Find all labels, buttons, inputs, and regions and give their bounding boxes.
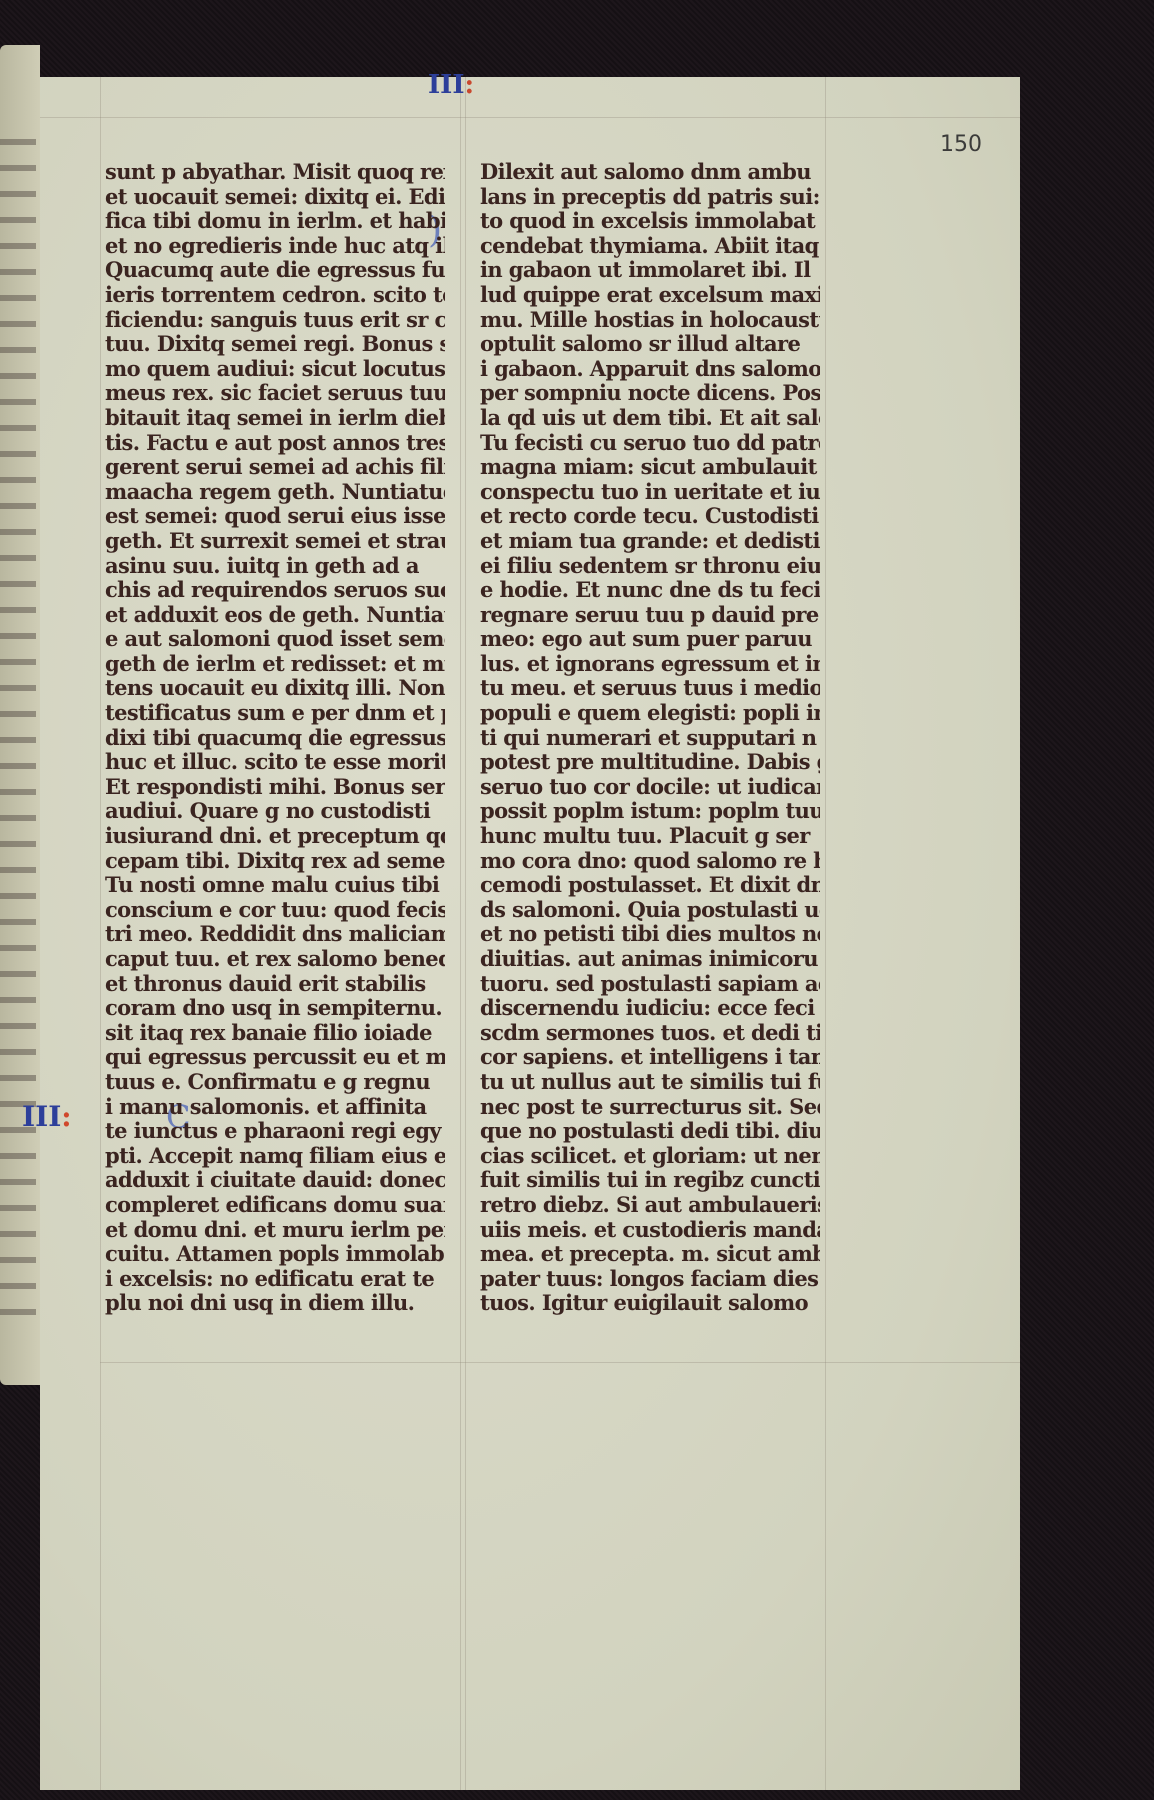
text-line: cias scilicet. et gloriam: ut nemo	[480, 1144, 820, 1169]
chapter-marker: III:	[22, 1100, 72, 1133]
text-column-left: sunt p abyathar. Misit quoq rexet uocaui…	[105, 160, 445, 1316]
text-line: audiui. Quare g no custodisti	[105, 799, 445, 824]
text-column-right: Dilexit aut salomo dnm ambulans in prece…	[480, 160, 820, 1316]
text-line: per sompniu nocte dicens. Postu	[480, 381, 820, 406]
text-line: fica tibi domu in ierlm. et habita ibi.	[105, 209, 445, 234]
text-line: tri meo. Reddidit dns maliciam tua i	[105, 922, 445, 947]
text-line: i manu salomonis. et affinita	[105, 1095, 445, 1120]
text-line: est semei: quod serui eius issent in	[105, 504, 445, 529]
text-line: fuit similis tui in regibz cunctis	[480, 1168, 820, 1193]
text-line: ti qui numerari et supputari n	[480, 726, 820, 751]
text-line: mea. et precepta. m. sicut ambulauit	[480, 1242, 820, 1267]
text-line: pater tuus: longos faciam dies	[480, 1267, 820, 1292]
text-line: et uocauit semei: dixitq ei. Edi	[105, 185, 445, 210]
folio-number: 150	[940, 132, 982, 157]
text-line: tu meu. et seruus tuus i medio	[480, 676, 820, 701]
text-line: e hodie. Et nunc dne ds tu fecisti	[480, 578, 820, 603]
text-line: maacha regem geth. Nuntiatuq	[105, 480, 445, 505]
text-line: mo cora dno: quod salomo re hui	[480, 849, 820, 874]
text-line: et thronus dauid erit stabilis	[105, 972, 445, 997]
text-line: discernendu iudiciu: ecce feci tibi	[480, 996, 820, 1021]
text-line: compleret edificans domu suam	[105, 1193, 445, 1218]
ruling-horizontal-top	[40, 117, 1020, 118]
running-header-numeral: III	[428, 70, 465, 100]
text-line: qui egressus percussit eu et mor	[105, 1045, 445, 1070]
text-line: conscium e cor tuu: quod fecisti dd pa	[105, 898, 445, 923]
text-line: et adduxit eos de geth. Nuntiatu	[105, 603, 445, 628]
text-line: cuitu. Attamen popls immolabat	[105, 1242, 445, 1267]
text-line: ei filiu sedentem sr thronu eius sic	[480, 554, 820, 579]
text-line: lans in preceptis dd patris sui: excep	[480, 185, 820, 210]
text-line: asinu suu. iuitq in geth ad a	[105, 554, 445, 579]
ruling-horizontal-bottom	[100, 1362, 1020, 1363]
text-line: possit poplm istum: poplm tuu	[480, 799, 820, 824]
text-line: conspectu tuo in ueritate et iusticia	[480, 480, 820, 505]
facing-page-edge	[0, 45, 40, 1385]
ruling-vertical-col2-left	[465, 77, 466, 1790]
text-line: geth. Et surrexit semei et strauit	[105, 529, 445, 554]
text-line: lud quippe erat excelsum maxi	[480, 283, 820, 308]
text-line: Quacumq aute die egressus fueris et tran…	[105, 258, 445, 283]
text-line: et recto corde tecu. Custodisti ei	[480, 504, 820, 529]
text-line: testificatus sum e per dnm et pre	[105, 701, 445, 726]
text-line: meus rex. sic faciet seruus tuus. Ha	[105, 381, 445, 406]
text-line: meo: ego aut sum puer paruu	[480, 627, 820, 652]
text-line: tuos. Igitur euigilauit salomo	[480, 1291, 820, 1316]
text-line: et domu dni. et muru ierlm per cir	[105, 1218, 445, 1243]
text-line: te iunctus e pharaoni regi egy	[105, 1119, 445, 1144]
ruling-vertical-left	[100, 77, 101, 1790]
text-line: geth de ierlm et redisset: et mit	[105, 652, 445, 677]
text-line: uiis meis. et custodieris mandata	[480, 1218, 820, 1243]
text-line: et no egredieris inde huc atq illuc.	[105, 234, 445, 259]
ruling-vertical-right	[825, 77, 826, 1790]
text-line: chis ad requirendos seruos suos	[105, 578, 445, 603]
text-line: tuus e. Confirmatu e g regnu	[105, 1070, 445, 1095]
text-line: potest pre multitudine. Dabis g	[480, 750, 820, 775]
text-line: optulit salomo sr illud altare	[480, 332, 820, 357]
text-line: e aut salomoni quod isset semei in	[105, 627, 445, 652]
text-line: cemodi postulasset. Et dixit dns	[480, 873, 820, 898]
running-header: III:	[428, 70, 474, 100]
text-line: Dilexit aut salomo dnm ambu	[480, 160, 820, 185]
text-line: ficiendu: sanguis tuus erit sr caput	[105, 308, 445, 333]
text-line: et no petisti tibi dies multos nec	[480, 922, 820, 947]
text-line: que no postulasti dedi tibi. diui	[480, 1119, 820, 1144]
text-line: pti. Accepit namq filiam eius et	[105, 1144, 445, 1169]
text-line: nec post te surrecturus sit. Sed et hec	[480, 1095, 820, 1120]
text-line: cepam tibi. Dixitq rex ad seme	[105, 849, 445, 874]
text-line: Tu nosti omne malu cuius tibi	[105, 873, 445, 898]
text-line: i gabaon. Apparuit dns salomoni	[480, 357, 820, 382]
text-line: Tu fecisti cu seruo tuo dd patre meo	[480, 431, 820, 456]
text-line: in gabaon ut immolaret ibi. Il	[480, 258, 820, 283]
text-line: dixi tibi quacumq die egressus fueris	[105, 726, 445, 751]
text-line: magna miam: sicut ambulauit i	[480, 455, 820, 480]
text-line: scdm sermones tuos. et dedi tibi	[480, 1021, 820, 1046]
text-line: ieris torrentem cedron. scito te inter	[105, 283, 445, 308]
text-line: tis. Factu e aut post annos tres: ut fu	[105, 431, 445, 456]
text-line: sunt p abyathar. Misit quoq rex	[105, 160, 445, 185]
text-line: coram dno usq in sempiternu. Ius	[105, 996, 445, 1021]
text-line: tens uocauit eu dixitq illi. Nonne	[105, 676, 445, 701]
text-line: mu. Mille hostias in holocaustu	[480, 308, 820, 333]
text-line: et miam tua grande: et dedisti	[480, 529, 820, 554]
text-line: ds salomoni. Quia postulasti uerbum h	[480, 898, 820, 923]
text-line: tu ut nullus aut te similis tui fuerit.	[480, 1070, 820, 1095]
text-line: to quod in excelsis immolabat et ac	[480, 209, 820, 234]
text-line: gerent serui semei ad achis filiu	[105, 455, 445, 480]
text-line: caput tuu. et rex salomo benedictus	[105, 947, 445, 972]
text-line: huc et illuc. scito te esse moriturum.	[105, 750, 445, 775]
text-line: sit itaq rex banaie filio ioiade	[105, 1021, 445, 1046]
text-line: diuitias. aut animas inimicoru	[480, 947, 820, 972]
text-line: hunc multu tuu. Placuit g ser	[480, 824, 820, 849]
text-line: mo quem audiui: sicut locutus e dns	[105, 357, 445, 382]
text-line: la qd uis ut dem tibi. Et ait salom	[480, 406, 820, 431]
text-line: regnare seruu tuu p dauid pre	[480, 603, 820, 628]
text-line: cendebat thymiama. Abiit itaq	[480, 234, 820, 259]
text-line: Et respondisti mihi. Bonus sermo que	[105, 775, 445, 800]
text-line: seruo tuo cor docile: ut iudicare	[480, 775, 820, 800]
text-line: populi e quem elegisti: popli infini	[480, 701, 820, 726]
ruling-vertical-col1-right	[460, 77, 461, 1790]
text-line: cor sapiens. et intelligens i tan	[480, 1045, 820, 1070]
text-line: retro diebz. Si aut ambulaueris i	[480, 1193, 820, 1218]
text-line: plu noi dni usq in diem illu.	[105, 1291, 445, 1316]
text-line: lus. et ignorans egressum et introi	[480, 652, 820, 677]
text-line: tuu. Dixitq semei regi. Bonus ser	[105, 332, 445, 357]
text-line: i excelsis: no edificatu erat te	[105, 1267, 445, 1292]
text-line: adduxit i ciuitate dauid: donec	[105, 1168, 445, 1193]
text-line: iusiurand dni. et preceptum qd p	[105, 824, 445, 849]
text-line: tuoru. sed postulasti sapiam ad	[480, 972, 820, 997]
text-line: bitauit itaq semei in ierlm diebus mul	[105, 406, 445, 431]
